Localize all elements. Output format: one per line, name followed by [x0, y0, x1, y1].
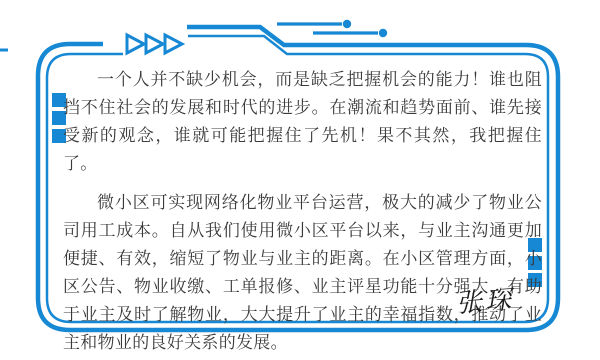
chevron-triangle-icon	[165, 35, 182, 53]
circuit-trace-dot-icon	[277, 20, 351, 28]
signature-handwriting: 张琛	[455, 279, 517, 320]
testimonial-paragraph-1: 一个人并不缺少机会，而是缺乏把握机会的能力！谁也阻挡不住社会的发展和时代的进步。…	[63, 66, 542, 178]
testimonial-card: 一个人并不缺少机会，而是缺乏把握机会的能力！谁也阻挡不住社会的发展和时代的进步。…	[0, 0, 600, 360]
chevron-triangle-icon	[146, 35, 163, 53]
testimonial-paragraph-2: 微小区可实现网络化物业平台运营，极大的减少了物业公司用工成本。自从我们使用微小区…	[63, 189, 542, 357]
chevron-triangle-icon	[127, 35, 144, 53]
circuit-trace-dot-icon	[313, 29, 387, 37]
triple-right-chevron-icon	[127, 35, 182, 53]
